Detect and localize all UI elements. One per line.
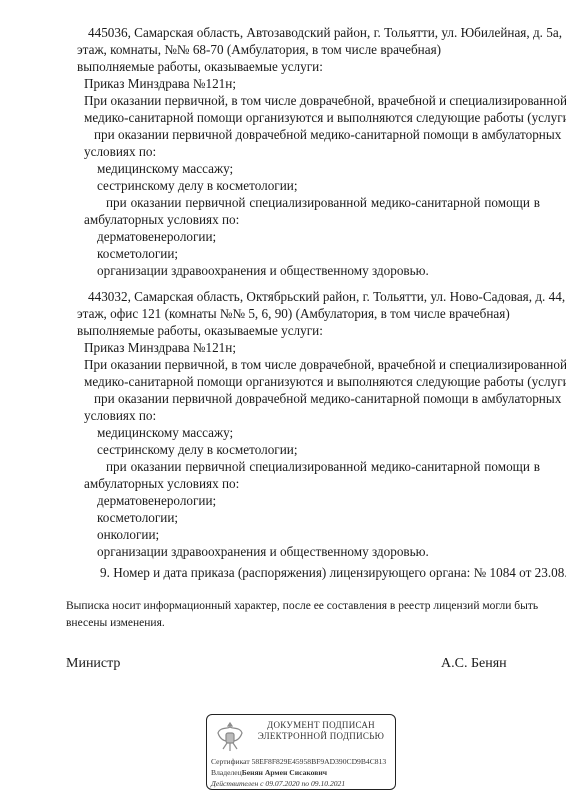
service-item: организации здравоохранения и общественн… [97,543,429,560]
specialized-care-heading: при оказании первичной специализированно… [106,458,540,475]
service-item: организации здравоохранения и общественн… [97,262,429,279]
order-number-item: 9. Номер и дата приказа (распоряжения) л… [100,564,566,581]
stamp-title: ДОКУМЕНТ ПОДПИСАН [251,720,391,730]
service-item: сестринскому делу в косметологии; [97,177,298,194]
address-line: этаж, офис 121 (комнаты №№ 5, 6, 90) (Ам… [77,305,510,322]
service-item: медицинскому массажу; [97,424,233,441]
disclaimer: Выписка носит информационный характер, п… [66,598,538,615]
certificate-label: Сертификат [211,757,250,766]
service-item: медицинскому массажу; [97,160,233,177]
works-label: выполняемые работы, оказываемые услуги: [77,322,323,339]
coat-of-arms-icon [215,719,245,755]
primary-care-heading: при оказании первичной доврачебной медик… [94,126,540,143]
order-ref: Приказ Минздрава №121н; [84,339,236,356]
owner-value: Бенян Армен Сисакович [242,768,327,777]
address-line: 443032, Самарская область, Октябрьский р… [88,288,566,305]
signer-name: А.С. Бенян [441,655,507,672]
address-line: этаж, комнаты, №№ 68-70 (Амбулатория, в … [77,41,441,58]
service-item: дерматовенерологии; [97,492,216,509]
intro-text: медико-санитарной помощи организуются и … [84,373,566,390]
works-label: выполняемые работы, оказываемые услуги: [77,58,323,75]
owner-label: Владелец [211,768,242,777]
digital-signature-stamp: ДОКУМЕНТ ПОДПИСАН ЭЛЕКТРОННОЙ ПОДПИСЬЮ С… [206,714,396,790]
validity-row: Действителен с 09.07.2020 по 09.10.2021 [211,779,345,788]
specialized-care-heading: при оказании первичной специализированно… [106,194,540,211]
service-item: косметологии; [97,509,178,526]
intro-text: медико-санитарной помощи организуются и … [84,109,566,126]
service-item: дерматовенерологии; [97,228,216,245]
primary-care-heading: условиях по: [84,407,156,424]
intro-text: При оказании первичной, в том числе довр… [84,356,540,373]
signer-position: Министр [66,655,120,672]
certificate-row: Сертификат 58EF8F829E45958BF9AD390CD9B4C… [211,757,386,766]
service-item: онкологии; [97,526,159,543]
disclaimer: внесены изменения. [66,615,165,632]
service-item: сестринскому делу в косметологии; [97,441,298,458]
primary-care-heading: условиях по: [84,143,156,160]
primary-care-heading: при оказании первичной доврачебной медик… [94,390,540,407]
intro-text: При оказании первичной, в том числе довр… [84,92,540,109]
order-ref: Приказ Минздрава №121н; [84,75,236,92]
stamp-title: ЭЛЕКТРОННОЙ ПОДПИСЬЮ [251,731,391,741]
specialized-care-heading: амбулаторных условиях по: [84,475,239,492]
certificate-value: 58EF8F829E45958BF9AD390CD9B4C813 [252,757,387,766]
service-item: косметологии; [97,245,178,262]
specialized-care-heading: амбулаторных условиях по: [84,211,239,228]
owner-row: ВладелецБенян Армен Сисакович [211,768,327,777]
address-line: 445036, Самарская область, Автозаводский… [88,24,566,41]
